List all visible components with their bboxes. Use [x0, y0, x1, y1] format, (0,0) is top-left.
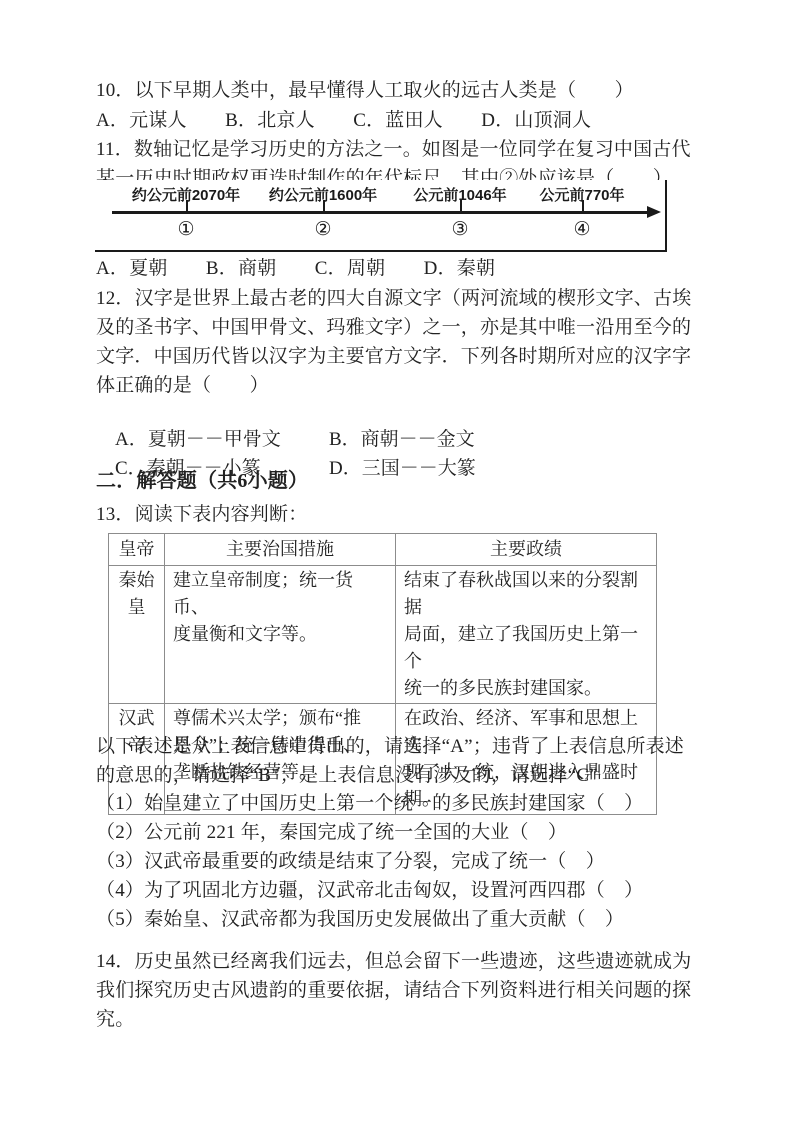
table-cell-achievements: 结束了春秋战国以来的分裂割据 局面，建立了我国历史上第一个 统一的多民族封建国家…: [396, 566, 657, 704]
question-11-options: A．夏朝 B．商朝 C．周朝 D．秦朝: [96, 256, 495, 282]
timeline-axis: [112, 211, 649, 214]
timeline-year-label-3: 公元前1046年: [413, 184, 506, 205]
q13-instructions-line-1: 以下表述是从上表信息中得出的，请选择“A”；违背了上表信息所表述: [96, 734, 684, 760]
cell-line: 统一的多民族封建国家。: [404, 675, 648, 702]
question-12-text-line-4: 体正确的是（ ）: [96, 373, 269, 399]
cell-line: 局面，建立了我国历史上第一个: [404, 621, 648, 675]
table-cell-emperor: 秦始皇: [109, 566, 165, 704]
timeline-year-label-1: 约公元前2070年: [132, 184, 240, 205]
table-header-measures: 主要治国措施: [165, 534, 396, 566]
question-12-text-line-2: 及的圣书字、中国甲骨文、玛雅文字）之一，亦是其中唯一沿用至今的: [96, 315, 691, 341]
timeline-diagram: 约公元前2070年 约公元前1600年 公元前1046年 公元前770年 ① ②…: [95, 180, 667, 252]
option-d: D．三国－－大篆: [329, 458, 476, 479]
q13-item-4: （4）为了巩固北方边疆，汉武帝北击匈奴，设置河西四郡（ ）: [96, 878, 643, 904]
timeline-marker-2: ②: [314, 218, 331, 241]
table-cell-measures: 建立皇帝制度；统一货币、 度量衡和文字等。: [165, 566, 396, 704]
timeline-marker-4: ④: [573, 218, 590, 241]
table-header-row: 皇帝 主要治国措施 主要政绩: [109, 534, 657, 566]
timeline-year-label-4: 公元前770年: [539, 184, 624, 205]
table-header-achievements: 主要政绩: [396, 534, 657, 566]
q13-instructions-line-2: 的意思的，请选择“B”；是上表信息没有涉及的，请选择“C”: [96, 763, 598, 789]
question-12-text-line-1: 12．汉字是世界上最古老的四大自源文字（两河流域的楔形文字、古埃: [96, 286, 691, 312]
q13-item-3: （3）汉武帝最重要的政绩是结束了分裂，完成了统一（ ）: [96, 849, 605, 875]
question-12-text-line-3: 文字．中国历代皆以汉字为主要官方文字．下列各时期所对应的汉字字: [96, 344, 691, 370]
q13-item-5: （5）秦始皇、汉武帝都为我国历史发展做出了重大贡献（ ）: [96, 907, 624, 933]
timeline-arrowhead-icon: [647, 206, 661, 218]
question-14-text-line-2: 我们探究历史古风遗韵的重要依据，请结合下列资料进行相关问题的探: [96, 978, 691, 1004]
table-header-emperor: 皇帝: [109, 534, 165, 566]
question-14-text-line-3: 究。: [96, 1007, 134, 1033]
section-2-heading: 二．解答题（共6小题）: [96, 468, 308, 494]
cell-line: 结束了春秋战国以来的分裂割据: [404, 567, 648, 621]
exam-document-page: 10．以下早期人类中，最早懂得人工取火的远古人类是（ ） A．元谋人 B．北京人…: [0, 0, 793, 1122]
question-10-text: 10．以下早期人类中，最早懂得人工取火的远古人类是（ ）: [96, 78, 634, 104]
question-14-text-line-1: 14．历史虽然已经离我们远去，但总会留下一些遗迹，这些遗迹就成为: [96, 949, 691, 975]
table-row: 秦始皇 建立皇帝制度；统一货币、 度量衡和文字等。 结束了春秋战国以来的分裂割据…: [109, 566, 657, 704]
question-13-intro: 13．阅读下表内容判断：: [96, 502, 307, 528]
cell-line: 度量衡和文字等。: [173, 621, 387, 648]
question-11-text-line-1: 11．数轴记忆是学习历史的方法之一。如图是一位同学在复习中国古代: [96, 137, 691, 163]
timeline-marker-1: ①: [177, 218, 194, 241]
q13-item-2: （2）公元前 221 年，秦国完成了统一全国的大业（ ）: [96, 820, 567, 846]
cell-line: 建立皇帝制度；统一货币、: [173, 567, 387, 621]
timeline-marker-3: ③: [451, 218, 468, 241]
cell-line: 尊儒术兴太学；颁布“推: [173, 705, 387, 732]
timeline-year-label-2: 约公元前1600年: [269, 184, 377, 205]
q13-item-1: （1）始皇建立了中国历史上第一个统一的多民族封建国家（ ）: [96, 791, 643, 817]
question-10-options: A．元谋人 B．北京人 C．蓝田人 D．山顶洞人: [96, 108, 591, 134]
